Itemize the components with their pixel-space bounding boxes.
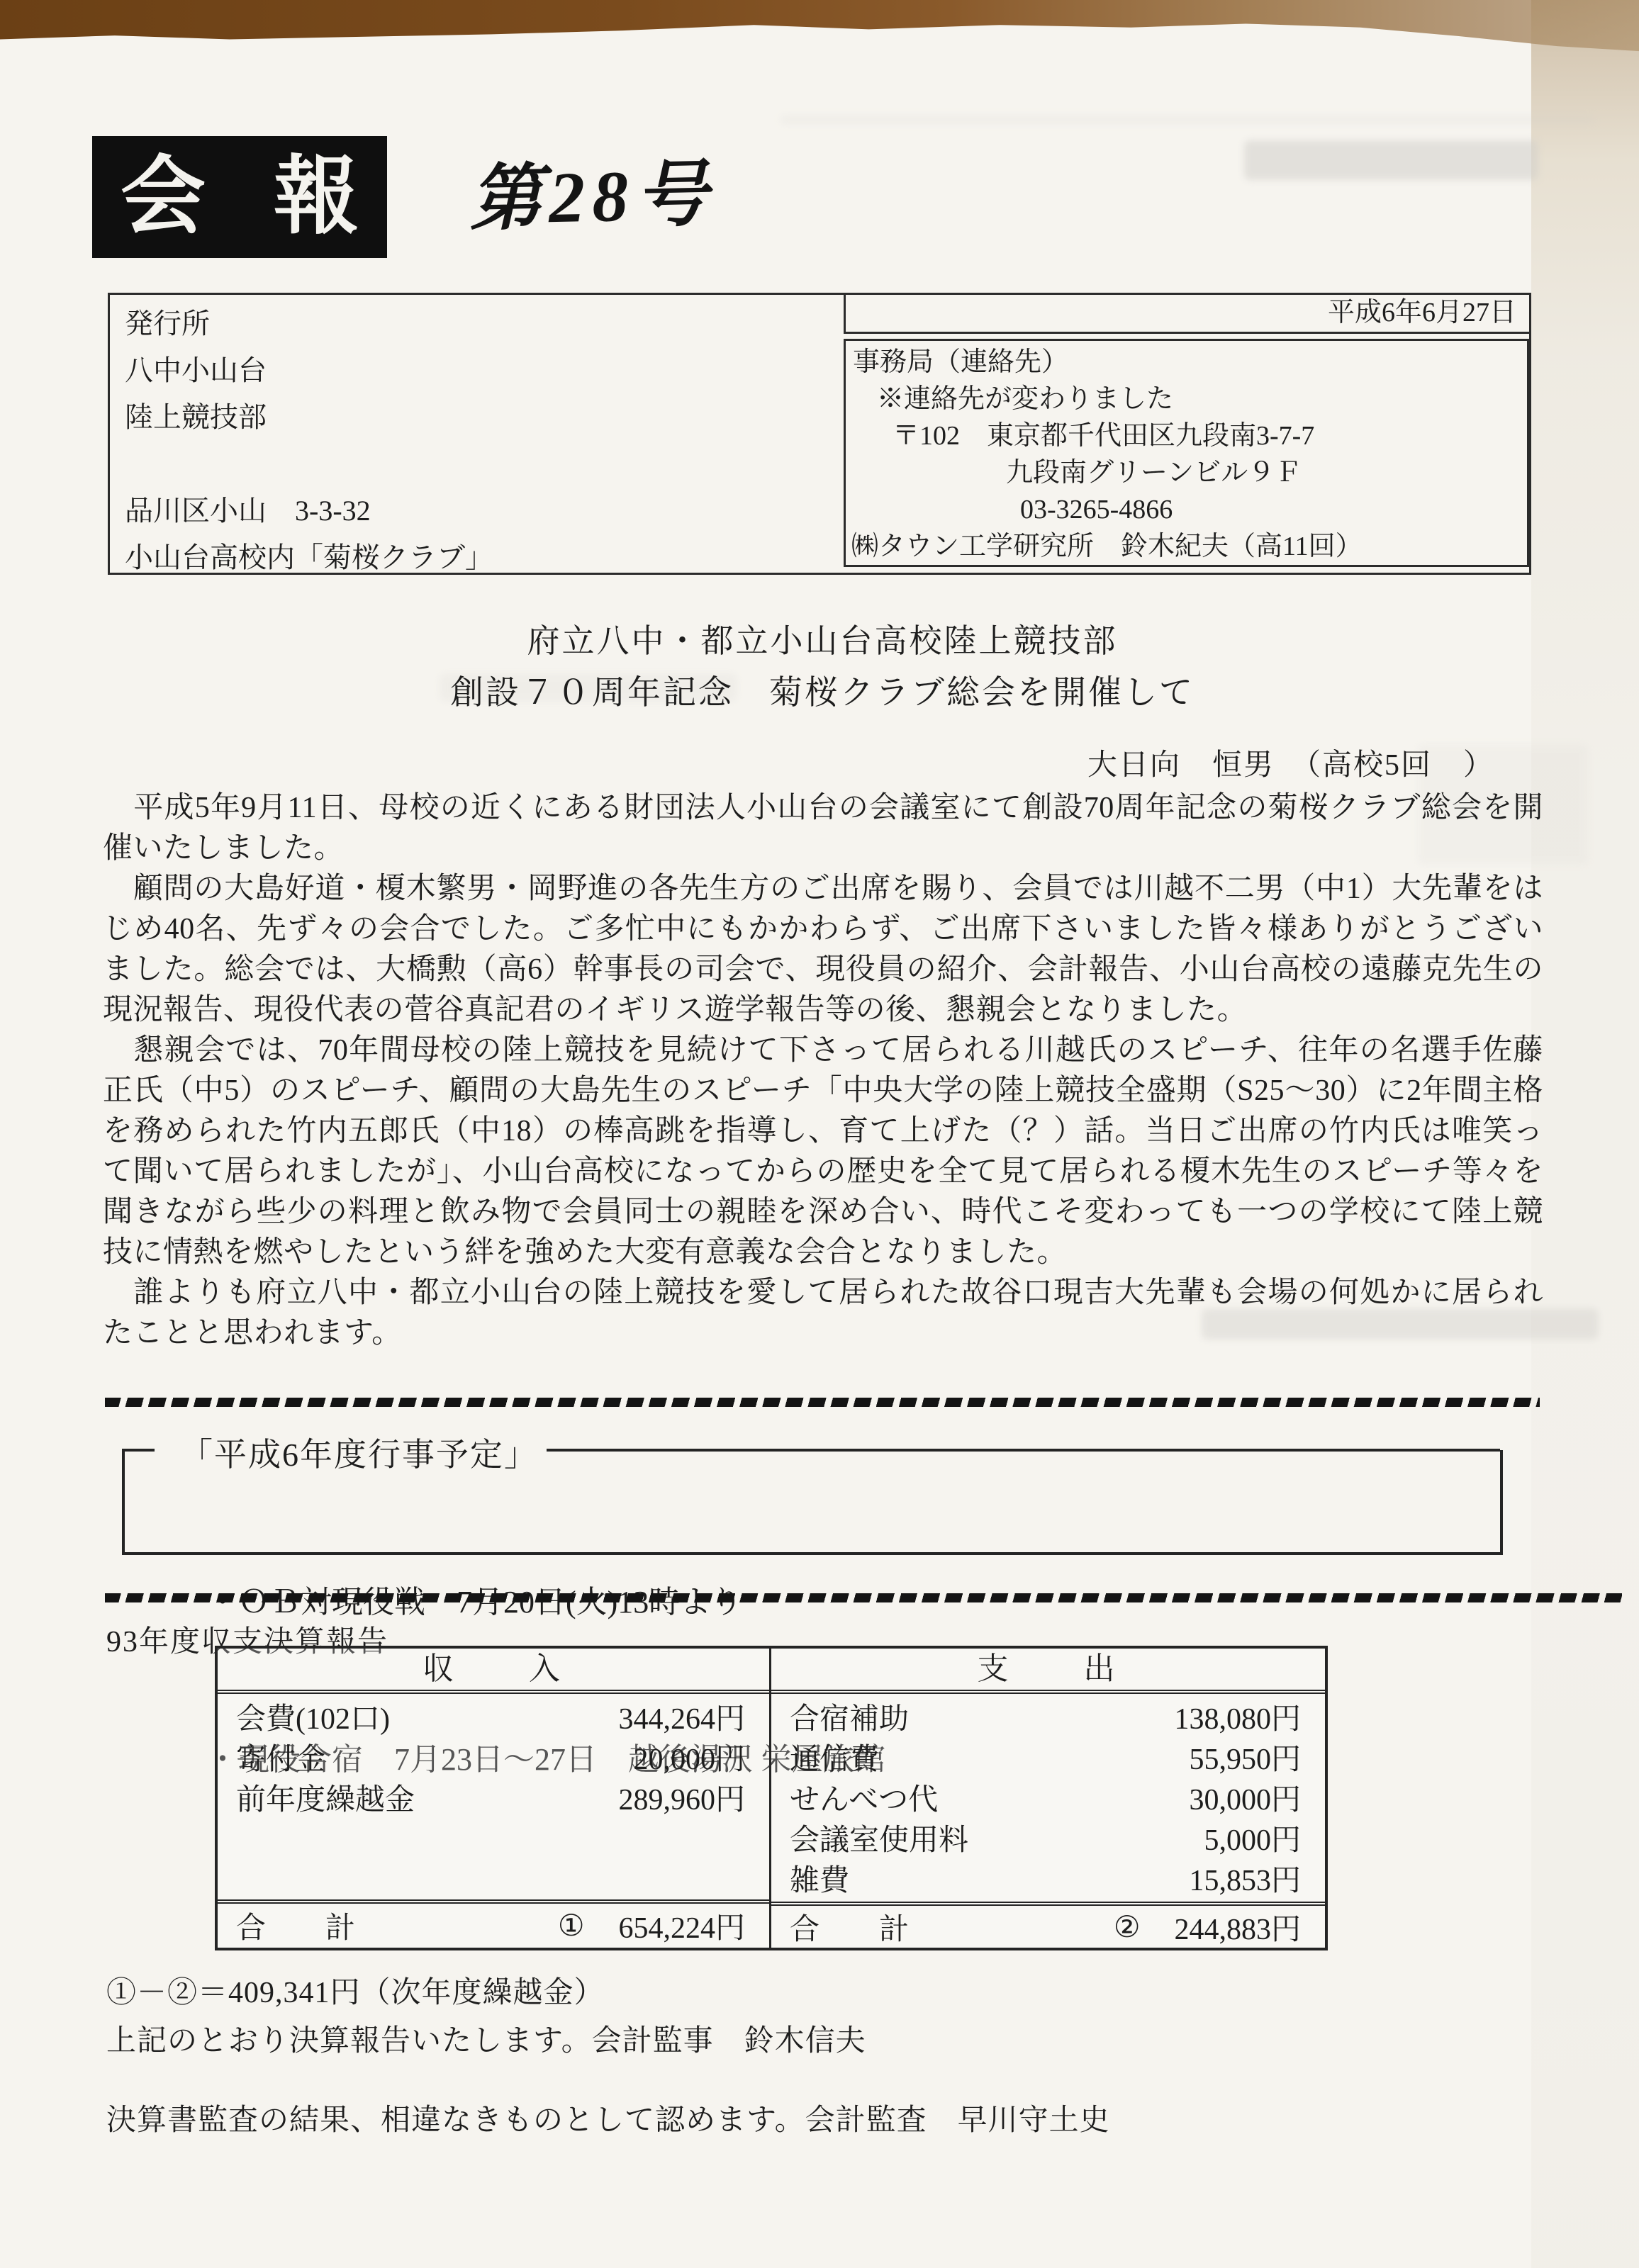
- table-row: 会議室使用料 5,000円: [771, 1821, 1325, 1861]
- balance-line: ①－②＝409,341円（次年度繰越金）: [106, 1969, 605, 2011]
- row-label: 雑費: [790, 1861, 849, 1902]
- total-amount: 244,883円: [1174, 1906, 1301, 1948]
- row-amount: 289,960円: [618, 1780, 745, 1821]
- publisher-line: 小山台高校内「菊桜クラブ」: [125, 534, 493, 581]
- row-amount: 30,000円: [1189, 1780, 1301, 1821]
- hatched-rule-bottom: [105, 1593, 1622, 1602]
- finance-table: 収 入 会費(102口) 344,264円 寄付金 20,000円 前年度繰越金…: [215, 1646, 1328, 1950]
- issue-date: 平成6年6月27日: [1328, 298, 1516, 327]
- total-label: 合 計: [790, 1906, 909, 1948]
- schedule-box-border-tick: [122, 1449, 155, 1452]
- article-paragraph: 誰よりも府立八中・都立小山台の陸上競技を愛して居られた故谷口現吉大先輩も会場の何…: [103, 1273, 1543, 1354]
- masthead-char: 報: [274, 155, 359, 240]
- row-label: 合宿補助: [790, 1700, 909, 1740]
- row-label: 会費(102口): [236, 1700, 390, 1740]
- scanned-newsletter-page: { "masthead": { "title_chars": ["会", "報"…: [0, 0, 1639, 2268]
- table-row: せんべつ代 30,000円: [771, 1780, 1325, 1821]
- article-paragraph: 平成5年9月11日、母校の近くにある財団法人小山台の会議室にて創設70周年記念の…: [103, 788, 1543, 869]
- expense-total-row: 合 計 ② 244,883円: [771, 1902, 1325, 1948]
- report-line: 上記のとおり決算報告いたします。会計監事 鈴木信夫: [106, 2017, 866, 2060]
- total-label: 合 計: [236, 1904, 355, 1947]
- office-line: 〒102 東京都千代田区九段南3-7-7: [846, 417, 1527, 454]
- table-row: 会費(102口) 344,264円: [218, 1700, 769, 1740]
- row-amount: 138,080円: [1174, 1700, 1301, 1740]
- masthead-char: 会: [121, 155, 206, 240]
- article-paragraph: 顧問の大島好道・榎木繁男・岡野進の各先生方のご出席を賜り、会員では川越不二男（中…: [103, 869, 1543, 1031]
- publisher-line-spacer: [125, 441, 493, 488]
- issue-number: 第28号: [469, 136, 716, 245]
- office-line: ㈱タウン工学研究所 鈴木紀夫（高11回）: [846, 528, 1527, 565]
- publisher-line: 陸上競技部: [125, 394, 493, 441]
- schedule-title: 「平成6年度行事予定」: [172, 1429, 547, 1476]
- bleed-through-smudge: [780, 115, 1595, 125]
- row-amount: 15,853円: [1189, 1861, 1301, 1902]
- row-label: せんべつ代: [790, 1780, 938, 1821]
- row-amount: 5,000円: [1204, 1821, 1301, 1861]
- total-amount: 654,224円: [618, 1904, 745, 1947]
- torn-paper-top-edge: [0, 0, 1639, 62]
- publisher-line: 品川区小山 3-3-32: [125, 488, 493, 534]
- issue-date-box: 平成6年6月27日: [844, 293, 1531, 334]
- office-line: 九段南グリーンビル９Ｆ: [846, 454, 1527, 491]
- income-rows: 会費(102口) 344,264円 寄付金 20,000円 前年度繰越金 289…: [218, 1694, 769, 1899]
- row-label: 会議室使用料: [790, 1821, 968, 1861]
- table-row: 雑費 15,853円: [771, 1861, 1325, 1902]
- table-row: 前年度繰越金 289,960円: [218, 1780, 769, 1821]
- table-row: 寄付金 20,000円: [218, 1740, 769, 1780]
- publisher-line: 発行所: [125, 301, 493, 347]
- expense-column: 支 出 合宿補助 138,080円 通信費 55,950円 せんべつ代 30,0…: [771, 1649, 1325, 1948]
- table-row: 合宿補助 138,080円: [771, 1700, 1325, 1740]
- total-mark: ②: [1114, 1909, 1141, 1945]
- publisher-address: 発行所 八中小山台 陸上競技部 品川区小山 3-3-32 小山台高校内「菊桜クラ…: [125, 301, 493, 581]
- office-line: 03-3265-4866: [846, 491, 1527, 528]
- schedule-box: 「平成6年度行事予定」 ・ＯＢ対現役戦 7月20日(火)13時より ・現役合宿 …: [122, 1450, 1503, 1555]
- office-contact-box: 事務局（連絡先） ※連絡先が変わりました 〒102 東京都千代田区九段南3-7-…: [844, 339, 1529, 567]
- expense-header: 支 出: [771, 1649, 1325, 1694]
- schedule-box-border-line: [519, 1449, 1500, 1452]
- row-amount: 344,264円: [618, 1700, 745, 1740]
- total-mark: ①: [558, 1908, 585, 1943]
- article-author: 大日向 恒男 （高校5回 ）: [106, 741, 1494, 784]
- article-paragraph: 懇親会では、70年間母校の陸上競技を見続けて下さって居られる川越氏のスピーチ、往…: [103, 1031, 1543, 1273]
- bleed-through-smudge: [1244, 140, 1538, 180]
- row-amount: 55,950円: [1189, 1740, 1301, 1780]
- row-label: 寄付金: [236, 1740, 325, 1780]
- row-label: 前年度繰越金: [236, 1780, 415, 1821]
- article-body: 平成5年9月11日、母校の近くにある財団法人小山台の会議室にて創設70周年記念の…: [103, 788, 1543, 1354]
- hatched-rule-top: [105, 1398, 1540, 1407]
- row-label: 通信費: [790, 1740, 879, 1780]
- table-row: 通信費 55,950円: [771, 1740, 1325, 1780]
- office-line: ※連絡先が変わりました: [846, 381, 1527, 417]
- office-line: 事務局（連絡先）: [846, 344, 1527, 381]
- article-title-line1: 府立八中・都立小山台高校陸上競技部: [106, 615, 1538, 662]
- income-column: 収 入 会費(102口) 344,264円 寄付金 20,000円 前年度繰越金…: [218, 1649, 771, 1948]
- income-header: 収 入: [218, 1649, 769, 1694]
- publisher-line: 八中小山台: [125, 347, 493, 394]
- masthead-box: 会 報: [92, 136, 387, 258]
- expense-rows: 合宿補助 138,080円 通信費 55,950円 せんべつ代 30,000円 …: [771, 1694, 1325, 1902]
- scan-right-margin: [1531, 0, 1639, 2268]
- audit-line: 決算書監査の結果、相違なきものとして認めます。会計監査 早川守土史: [106, 2096, 1110, 2139]
- row-amount: 20,000円: [633, 1740, 745, 1780]
- article-title-line2: 創設７０周年記念 菊桜クラブ総会を開催して: [106, 666, 1538, 714]
- income-total-row: 合 計 ① 654,224円: [218, 1899, 769, 1948]
